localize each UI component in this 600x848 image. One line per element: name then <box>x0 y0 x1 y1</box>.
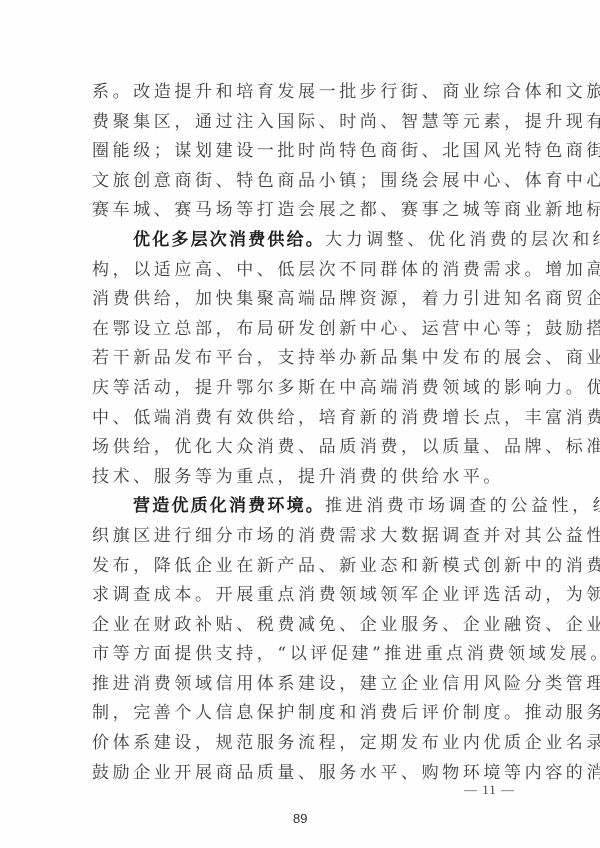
text-line: 构，以适应高、中、低层次不同群体的消费需求。增加高端 <box>92 256 512 286</box>
text-line: 若干新品发布平台，支持举办新品集中发布的展会、商业节 <box>92 344 512 374</box>
text-line: 系。改造提升和培育发展一批步行街、商业综合体和文旅消 <box>92 78 512 108</box>
text-line: 企业在财政补贴、税费减免、企业服务、企业融资、企业上 <box>92 611 512 641</box>
text-line: 赛车城、赛马场等打造会展之都、赛事之城等商业新地标。 <box>92 196 512 226</box>
text-line: 求调查成本。开展重点消费领域领军企业评选活动，为领军 <box>92 581 512 611</box>
text-line: 场供给，优化大众消费、品质消费，以质量、品牌、标准、 <box>92 433 512 463</box>
paragraph-start-line: 优化多层次消费供给。大力调整、优化消费的层次和结 <box>92 226 512 256</box>
text-line: 鼓励企业开展商品质量、服务水平、购物环境等内容的消费 <box>92 759 512 789</box>
text-line: 发布，降低企业在新产品、新业态和新模式创新中的消费需 <box>92 552 512 582</box>
text-span: 推进消费市场调查的公益性，组 <box>325 496 600 516</box>
text-line: 庆等活动，提升鄂尔多斯在中高端消费领域的影响力。优化 <box>92 374 512 404</box>
paragraph-start-line: 营造优质化消费环境。推进消费市场调查的公益性，组 <box>92 492 512 522</box>
text-line: 费聚集区，通过注入国际、时尚、智慧等元素，提升现有商 <box>92 108 512 138</box>
page-number: — 11 — <box>464 782 515 798</box>
text-line: 织旗区进行细分市场的消费需求大数据调查并对其公益性 <box>92 522 512 552</box>
text-line: 技术、服务等为重点，提升消费的供给水平。 <box>92 463 512 493</box>
text-line: 圈能级；谋划建设一批时尚特色商街、北国风光特色商街、 <box>92 137 512 167</box>
text-line: 市等方面提供支持，“以评促建”推进重点消费领域发展。 <box>92 640 512 670</box>
scan-page-number: 89 <box>293 811 307 826</box>
text-line: 中、低端消费有效供给，培育新的消费增长点，丰富消费市 <box>92 404 512 434</box>
text-line: 消费供给，加快集聚高端品牌资源，着力引进知名商贸企业 <box>92 285 512 315</box>
text-span: 大力调整、优化消费的层次和结 <box>325 230 600 250</box>
text-line: 价体系建设，规范服务流程，定期发布业内优质企业名录。 <box>92 729 512 759</box>
body-text: 系。改造提升和培育发展一批步行街、商业综合体和文旅消 费聚集区，通过注入国际、时… <box>92 78 512 788</box>
text-line: 在鄂设立总部，布局研发创新中心、运营中心等；鼓励搭建 <box>92 315 512 345</box>
section-heading: 优化多层次消费供给。 <box>133 230 325 250</box>
text-line: 文旅创意商街、特色商品小镇；围绕会展中心、体育中心、 <box>92 167 512 197</box>
section-heading: 营造优质化消费环境。 <box>133 496 325 516</box>
text-line: 制，完善个人信息保护制度和消费后评价制度。推动服务评 <box>92 699 512 729</box>
text-line: 推进消费领域信用体系建设，建立企业信用风险分类管理机 <box>92 670 512 700</box>
document-page: 系。改造提升和培育发展一批步行街、商业综合体和文旅消 费聚集区，通过注入国际、时… <box>0 0 600 848</box>
